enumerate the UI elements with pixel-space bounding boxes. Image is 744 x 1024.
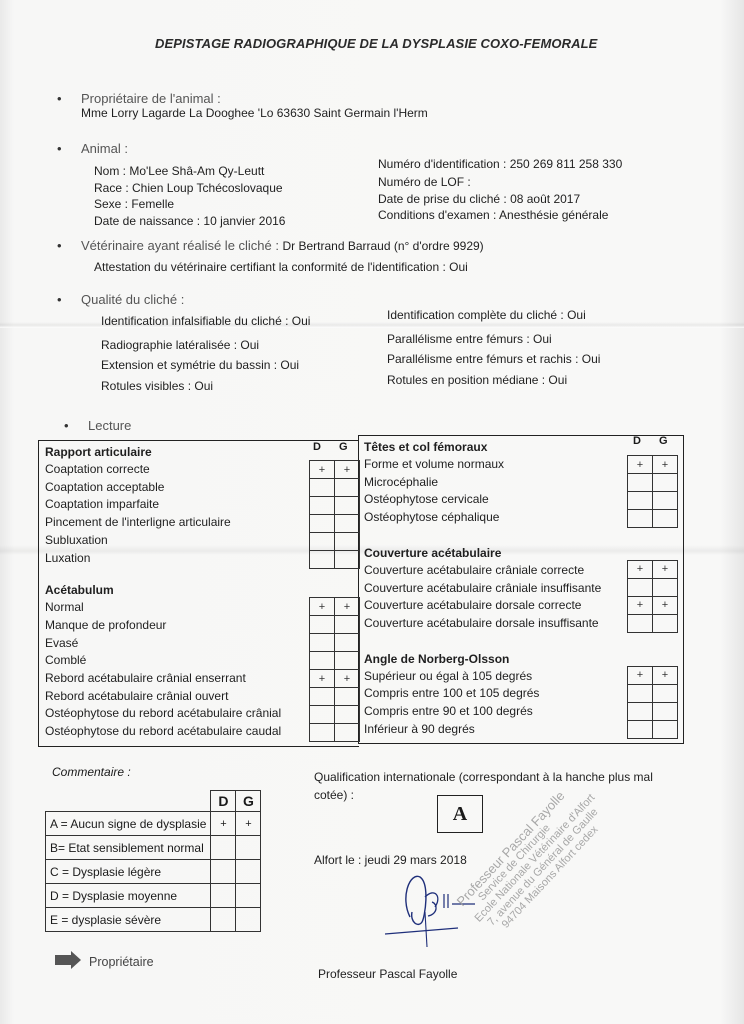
checkbox-cell-d (310, 515, 335, 533)
checkbox-cell-d (310, 497, 335, 515)
document-title: DEPISTAGE RADIOGRAPHIQUE DE LA DYSPLASIE… (155, 36, 597, 51)
checkbox-cell-d (628, 720, 653, 738)
checkbox-cell-d (211, 860, 236, 884)
checkbox-cell-g (653, 702, 678, 720)
checkbox-cell-g (335, 479, 360, 497)
owner-label: Propriétaire de l'animal : (81, 91, 221, 106)
checkbox-cell-g (335, 551, 360, 569)
animal-lof-number: Numéro de LOF : (378, 175, 471, 189)
criterion-label: Rebord acétabulaire crânial enserrant (45, 671, 246, 685)
criterion-label: Manque de profondeur (45, 618, 166, 632)
checkbox-cell-d (628, 702, 653, 720)
checkbox-cell-d: + (628, 596, 653, 614)
checkbox-cell-d (310, 724, 335, 742)
checkbox-cell-g (335, 533, 360, 551)
checkbox-cell-g (236, 884, 261, 908)
dg-grid: ++ (627, 455, 678, 528)
checkbox-cell-d (310, 551, 335, 569)
international-grade: A (437, 795, 483, 833)
checkbox-cell-g (653, 578, 678, 596)
exam-conditions: Conditions d'examen : Anesthésie général… (378, 208, 608, 222)
grade-label: C = Dysplasie légère (46, 860, 211, 884)
animal-breed: Race : Chien Loup Tchécoslovaque (94, 181, 283, 195)
checkbox-cell-d: + (310, 670, 335, 688)
qualification-label-line1: Qualification internationale (correspond… (314, 770, 653, 784)
criterion-label: Coaptation acceptable (45, 480, 164, 494)
checkbox-cell-g: + (653, 560, 678, 578)
checkbox-cell-g (335, 616, 360, 634)
grade-legend-table: D G A = Aucun signe de dysplasie++B= Eta… (45, 790, 261, 932)
dg-grid: ++++ (309, 597, 360, 742)
checkbox-cell-g (653, 510, 678, 528)
vet-value: Dr Bertrand Barraud (n° d'ordre 9929) (282, 239, 483, 253)
checkbox-cell-d: + (310, 598, 335, 616)
criterion-label: Compris entre 90 et 100 degrés (364, 704, 533, 718)
quality-item: Rotules visibles : Oui (101, 379, 213, 393)
checkbox-cell-d: + (310, 461, 335, 479)
quality-label: Qualité du cliché : (81, 292, 184, 307)
checkbox-cell-d (310, 533, 335, 551)
recipient-label: Propriétaire (89, 955, 154, 969)
checkbox-cell-d (211, 836, 236, 860)
quality-item: Parallélisme entre fémurs et rachis : Ou… (387, 352, 600, 366)
checkbox-cell-g (653, 720, 678, 738)
section-title: Couverture acétabulaire (364, 546, 501, 560)
criterion-label: Supérieur ou égal à 105 degrés (364, 669, 532, 683)
criterion-label: Forme et volume normaux (364, 457, 504, 471)
criterion-label: Couverture acétabulaire dorsale correcte (364, 598, 581, 612)
checkbox-cell-g (335, 724, 360, 742)
checkbox-cell-g (335, 652, 360, 670)
checkbox-cell-g (335, 688, 360, 706)
criterion-label: Compris entre 100 et 105 degrés (364, 686, 539, 700)
checkbox-cell-g: + (653, 596, 678, 614)
checkbox-cell-d (310, 634, 335, 652)
signatory-name: Professeur Pascal Fayolle (318, 967, 457, 981)
grade-row: C = Dysplasie légère (46, 860, 261, 884)
checkbox-cell-d (310, 479, 335, 497)
criterion-label: Evasé (45, 636, 78, 650)
checkbox-cell-g (335, 634, 360, 652)
checkbox-cell-g: + (335, 461, 360, 479)
checkbox-cell-g (335, 706, 360, 724)
animal-sex: Sexe : Femelle (94, 197, 174, 211)
col-d-header: D (313, 441, 321, 453)
grade-label: B= Etat sensiblement normal (46, 836, 211, 860)
checkbox-cell-g (236, 860, 261, 884)
section-title: Rapport articulaire (45, 445, 152, 459)
section-title: Angle de Norberg-Olsson (364, 652, 509, 666)
checkbox-cell-d (211, 884, 236, 908)
dg-grid: ++ (627, 666, 678, 739)
xray-date: Date de prise du cliché : 08 août 2017 (378, 192, 580, 206)
animal-birthdate: Date de naissance : 10 janvier 2016 (94, 214, 285, 228)
criterion-label: Comblé (45, 653, 86, 667)
checkbox-cell-g (653, 492, 678, 510)
grade-row: B= Etat sensiblement normal (46, 836, 261, 860)
criterion-label: Ostéophytose du rebord acétabulaire caud… (45, 724, 281, 738)
lecture-label: Lecture (88, 418, 131, 433)
criterion-label: Microcéphalie (364, 475, 438, 489)
checkbox-cell-d (628, 510, 653, 528)
criterion-label: Ostéophytose cervicale (364, 492, 489, 506)
grade-row: A = Aucun signe de dysplasie++ (46, 812, 261, 836)
grade-label: A = Aucun signe de dysplasie (46, 812, 211, 836)
checkbox-cell-d: + (211, 812, 236, 836)
animal-name: Nom : Mo'Lee Shâ-Am Qy-Leutt (94, 164, 264, 178)
animal-label: Animal : (81, 141, 128, 156)
checkbox-cell-d (310, 652, 335, 670)
criterion-label: Rebord acétabulaire crânial ouvert (45, 689, 228, 703)
criterion-label: Couverture acétabulaire crâniale insuffi… (364, 581, 601, 595)
quality-item: Parallélisme entre fémurs : Oui (387, 332, 552, 346)
checkbox-cell-d: + (628, 456, 653, 474)
col-g-header: G (339, 441, 348, 453)
criterion-label: Coaptation imparfaite (45, 497, 159, 511)
checkbox-cell-d (628, 492, 653, 510)
checkbox-cell-g: + (653, 666, 678, 684)
section-title: Acétabulum (45, 583, 114, 597)
checkbox-cell-g (335, 497, 360, 515)
checkbox-cell-g (335, 515, 360, 533)
checkbox-cell-d (211, 908, 236, 932)
checkbox-cell-g: + (236, 812, 261, 836)
criterion-label: Normal (45, 600, 84, 614)
criterion-label: Inférieur à 90 degrés (364, 722, 475, 736)
criterion-label: Pincement de l'interligne articulaire (45, 515, 231, 529)
checkbox-cell-d: + (628, 666, 653, 684)
col-g-header: G (236, 791, 261, 812)
quality-item: Identification infalsifiable du cliché :… (101, 314, 310, 328)
criterion-label: Ostéophytose du rebord acétabulaire crân… (45, 706, 281, 720)
quality-item: Radiographie latéralisée : Oui (101, 338, 259, 352)
checkbox-cell-g (653, 684, 678, 702)
vet-label: Vétérinaire ayant réalisé le cliché : (81, 238, 279, 253)
criterion-label: Couverture acétabulaire dorsale insuffis… (364, 616, 599, 630)
criterion-label: Coaptation correcte (45, 462, 150, 476)
criterion-label: Couverture acétabulaire crâniale correct… (364, 563, 584, 577)
section-title: Têtes et col fémoraux (364, 440, 487, 454)
dg-grid: ++ (309, 460, 360, 569)
checkbox-cell-g (653, 614, 678, 632)
criterion-label: Subluxation (45, 533, 108, 547)
checkbox-cell-d (310, 688, 335, 706)
grade-label: D = Dysplasie moyenne (46, 884, 211, 908)
animal-id-number: Numéro d'identification : 250 269 811 25… (378, 157, 622, 171)
checkbox-cell-g: + (335, 598, 360, 616)
checkbox-cell-g (236, 836, 261, 860)
checkbox-cell-d (310, 616, 335, 634)
quality-item: Identification complète du cliché : Oui (387, 308, 586, 322)
checkbox-cell-g: + (653, 456, 678, 474)
grade-row: E = dysplasie sévère (46, 908, 261, 932)
checkbox-cell-d (628, 578, 653, 596)
grade-row: D = Dysplasie moyenne (46, 884, 261, 908)
col-d-header: D (633, 435, 641, 447)
checkbox-cell-g (236, 908, 261, 932)
comment-label: Commentaire : (52, 765, 131, 779)
checkbox-cell-g: + (335, 670, 360, 688)
col-d-header: D (211, 791, 236, 812)
criterion-label: Ostéophytose céphalique (364, 510, 499, 524)
vet-attestation: Attestation du vétérinaire certifiant la… (94, 260, 468, 274)
checkbox-cell-d (628, 614, 653, 632)
grade-label: E = dysplasie sévère (46, 908, 211, 932)
checkbox-cell-g (653, 474, 678, 492)
owner-value: Mme Lorry Lagarde La Dooghee 'Lo 63630 S… (81, 106, 428, 120)
dg-grid: ++++ (627, 560, 678, 633)
criterion-label: Luxation (45, 551, 90, 565)
qualification-label-line2: cotée) : (314, 788, 354, 802)
checkbox-cell-d (310, 706, 335, 724)
quality-item: Extension et symétrie du bassin : Oui (101, 358, 299, 372)
quality-item: Rotules en position médiane : Oui (387, 373, 567, 387)
col-g-header: G (659, 435, 668, 447)
vet-line: Vétérinaire ayant réalisé le cliché : Dr… (81, 238, 484, 253)
checkbox-cell-d (628, 684, 653, 702)
checkbox-cell-d: + (628, 560, 653, 578)
checkbox-cell-d (628, 474, 653, 492)
arrow-right-icon (55, 955, 71, 965)
